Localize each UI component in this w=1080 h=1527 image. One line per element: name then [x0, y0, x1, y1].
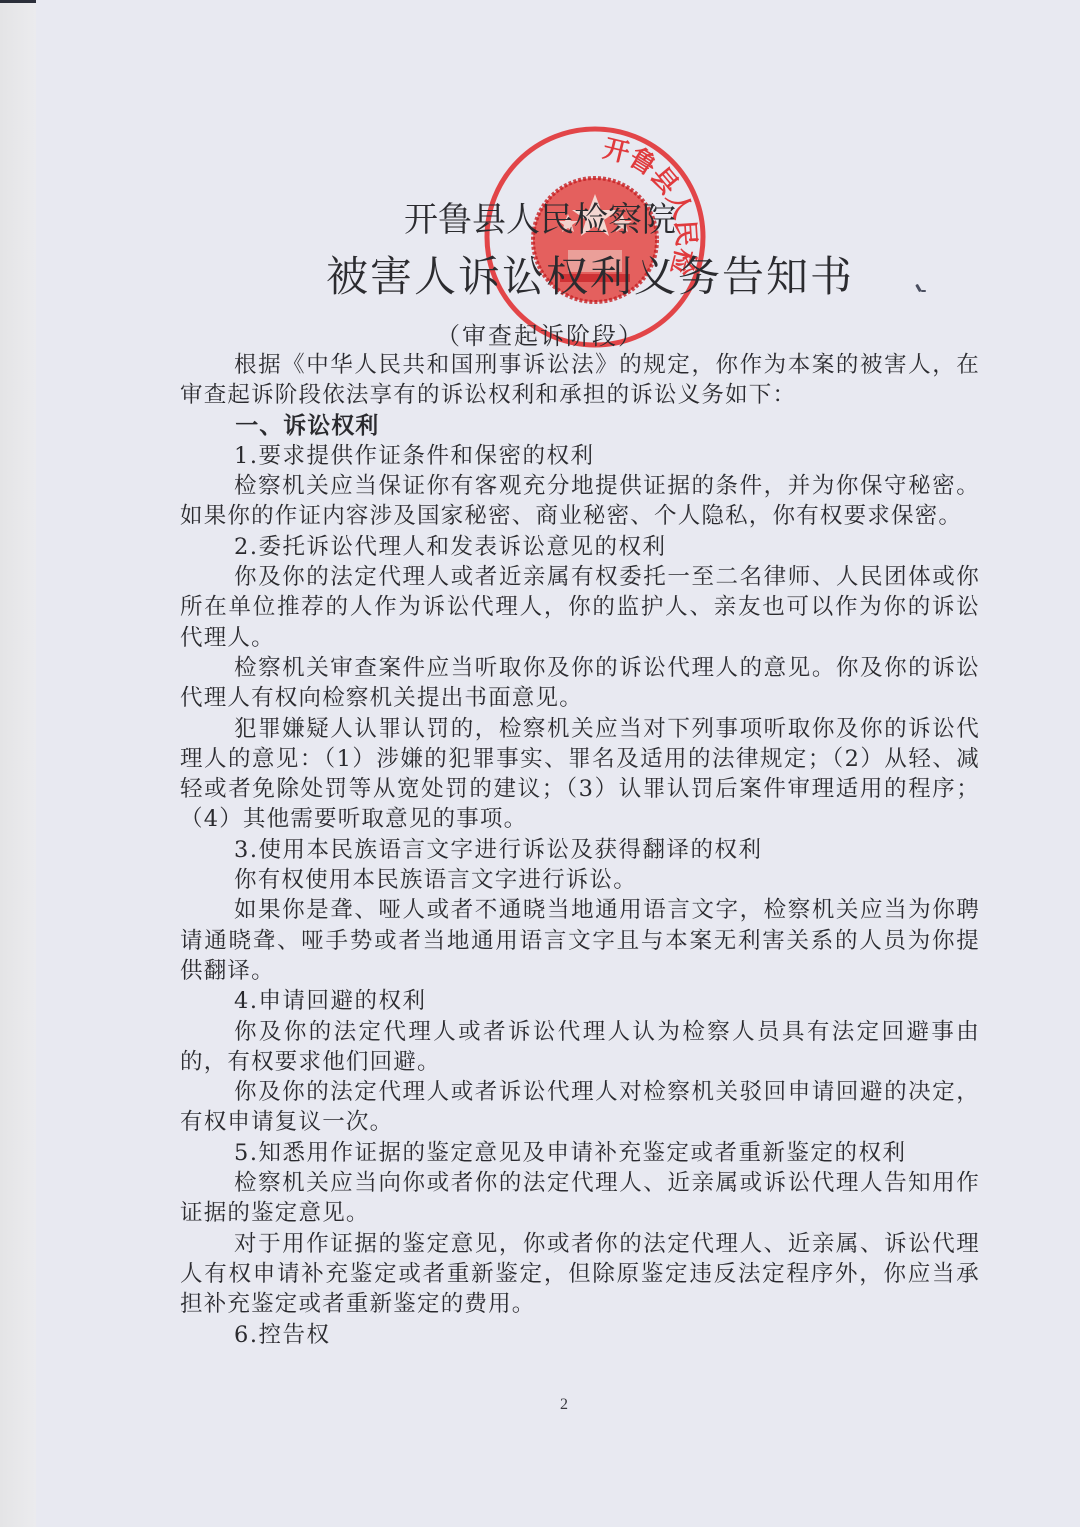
- right-2-paragraph-2: 检察机关审查案件应当听取你及你的诉讼代理人的意见。你及你的诉讼代理人有权向检察机…: [180, 653, 980, 714]
- section-heading-rights: 一、诉讼权利: [180, 411, 980, 441]
- right-2-paragraph-1: 你及你的法定代理人或者近亲属有权委托一至二名律师、人民团体或你所在单位推荐的人作…: [180, 562, 980, 653]
- stage-label: （审查起诉阶段）: [0, 316, 1080, 351]
- page-number: 2: [560, 1396, 568, 1414]
- right-4-paragraph-1: 你及你的法定代理人或者诉讼代理人认为检察人员具有法定回避事由的，有权要求他们回避…: [180, 1017, 980, 1078]
- organization-title: 开鲁县人民检察院: [0, 192, 1080, 241]
- right-heading-2: 2.委托诉讼代理人和发表诉讼意见的权利: [180, 532, 980, 562]
- right-2-paragraph-3: 犯罪嫌疑人认罪认罚的，检察机关应当对下列事项听取你及你的诉讼代理人的意见：（1）…: [180, 714, 980, 835]
- right-heading-4: 4.申请回避的权利: [180, 986, 980, 1016]
- right-heading-3: 3.使用本民族语言文字进行诉讼及获得翻译的权利: [180, 835, 980, 865]
- right-heading-6: 6.控告权: [180, 1320, 980, 1350]
- right-5-paragraph-1: 检察机关应当向你或者你的法定代理人、近亲属或诉讼代理人告知用作证据的鉴定意见。: [180, 1168, 980, 1229]
- right-heading-5: 5.知悉用作证据的鉴定意见及申请补充鉴定或者重新鉴定的权利: [180, 1138, 980, 1168]
- intro-paragraph: 根据《中华人民共和国刑事诉讼法》的规定，你作为本案的被害人，在审查起诉阶段依法享…: [180, 350, 980, 411]
- right-4-paragraph-2: 你及你的法定代理人或者诉讼代理人对检察机关驳回申请回避的决定，有权申请复议一次。: [180, 1077, 980, 1138]
- document-page: 开鲁县人民检察院 开鲁县人民检察院 被害人诉讼权利义务告知书 （审查起诉阶段） …: [0, 0, 1080, 1527]
- scan-speck: [921, 290, 926, 292]
- document-title: 被害人诉讼权利义务告知书: [0, 244, 1080, 304]
- right-3-paragraph-1: 你有权使用本民族语言文字进行诉讼。: [180, 865, 980, 895]
- right-heading-1: 1.要求提供作证条件和保密的权利: [180, 441, 980, 471]
- right-1-paragraph: 检察机关应当保证你有客观充分地提供证据的条件，并为你保守秘密。如果你的作证内容涉…: [180, 471, 980, 532]
- right-5-paragraph-2: 对于用作证据的鉴定意见，你或者你的法定代理人、近亲属、诉讼代理人有权申请补充鉴定…: [180, 1229, 980, 1320]
- right-3-paragraph-2: 如果你是聋、哑人或者不通晓当地通用语言文字，检察机关应当为你聘请通晓聋、哑手势或…: [180, 895, 980, 986]
- document-body: 根据《中华人民共和国刑事诉讼法》的规定，你作为本案的被害人，在审查起诉阶段依法享…: [180, 350, 980, 1350]
